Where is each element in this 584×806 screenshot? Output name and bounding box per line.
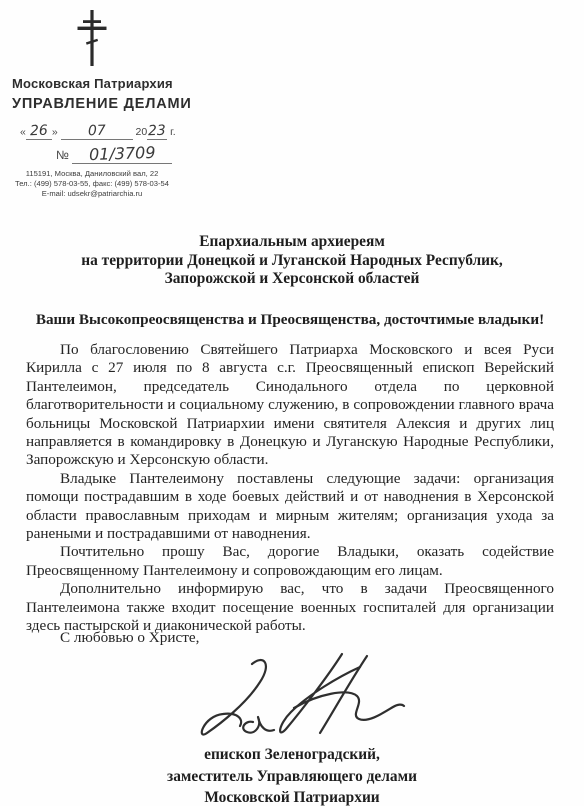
body-paragraph: Владыке Пантелеимону поставлены следующи… — [26, 470, 554, 544]
letterhead: Московская Патриархия УПРАВЛЕНИЕ ДЕЛАМИ — [12, 10, 172, 112]
recipient-line: Епархиальным архиереям — [0, 233, 584, 252]
signer-title-line: епископ Зеленоградский, — [0, 744, 584, 766]
recipient-line: на территории Донецкой и Луганской Народ… — [0, 252, 584, 271]
recipient-line: Запорожской и Херсонской областей — [0, 270, 584, 289]
date-year-handwritten: 23 — [148, 123, 166, 140]
signer-title-line: заместитель Управляющего делами — [0, 766, 584, 788]
date-year-suffix: г. — [170, 126, 175, 138]
salutation: Ваши Высокопреосвященства и Преосвященст… — [26, 311, 554, 329]
closing-line: С любовью о Христе, — [60, 629, 199, 647]
document-number-line: № 01/3709 — [56, 144, 256, 164]
letter-page: Московская Патриархия УПРАВЛЕНИЕ ДЕЛАМИ … — [0, 0, 584, 806]
body-paragraph: Дополнительно информирую вас, что в зада… — [26, 580, 554, 635]
recipient-block: Епархиальным архиереям на территории Дон… — [0, 233, 584, 289]
org-department: УПРАВЛЕНИЕ ДЕЛАМИ — [12, 96, 172, 112]
number-label: № — [56, 148, 69, 162]
address-line: 115191, Москва, Даниловский вал, 22 — [6, 169, 178, 179]
date-line: «26» 07 2023 г. — [20, 123, 260, 140]
signature-image — [190, 652, 415, 748]
date-month-handwritten: 07 — [87, 123, 105, 140]
body-paragraph: По благословению Святейшего Патриарха Мо… — [26, 341, 554, 470]
address-block: 115191, Москва, Даниловский вал, 22 Тел.… — [6, 169, 178, 199]
date-close-quote: » — [52, 126, 58, 138]
signer-title-line: Московской Патриархии — [0, 787, 584, 806]
signature-block: епископ Зеленоградский, заместитель Упра… — [0, 744, 584, 806]
address-email: E-mail: udsekr@patriarchia.ru — [6, 189, 178, 199]
letter-body: По благословению Святейшего Патриарха Мо… — [26, 341, 554, 636]
orthodox-cross-icon — [12, 10, 172, 68]
address-line: Тел.: (499) 578-03-55, факс: (499) 578-0… — [6, 179, 178, 189]
number-value-handwritten: 01/3709 — [89, 143, 156, 164]
org-name: Московская Патриархия — [12, 76, 172, 91]
date-year-prefix: 20 — [136, 126, 148, 138]
date-day-handwritten: 26 — [30, 123, 48, 140]
body-paragraph: Почтительно прошу Вас, дорогие Владыки, … — [26, 543, 554, 580]
